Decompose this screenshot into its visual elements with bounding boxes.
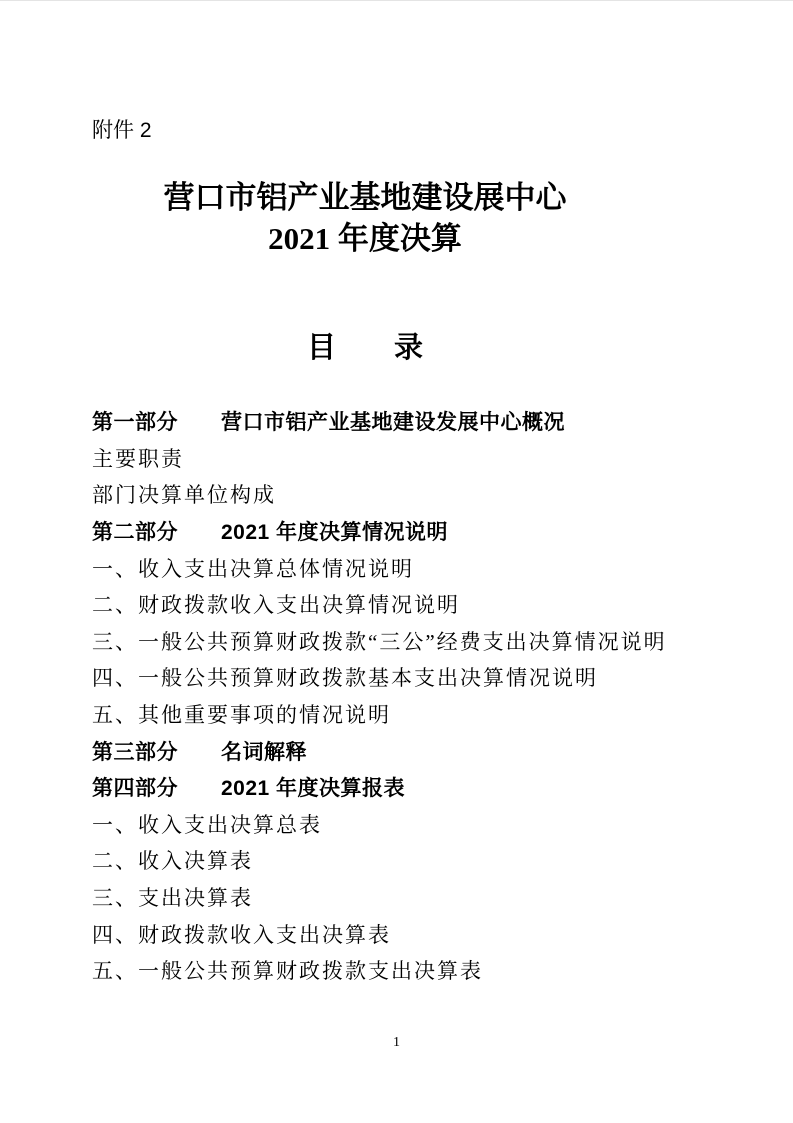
toc-item: 主要职责 <box>92 440 752 477</box>
document-title: 营口市铝产业基地建设展中心 2021 年度决算 <box>92 177 638 259</box>
toc-item: 二、收入决算表 <box>92 842 752 879</box>
toc-item-text: 五、一般公共预算财政拨款支出决算表 <box>92 955 483 985</box>
page-number: 1 <box>0 1035 793 1051</box>
toc-section-part1: 第一部分 营口市铝产业基地建设发展中心概况 <box>92 403 752 440</box>
toc-item-text: 一、收入支出决算总表 <box>92 809 322 839</box>
toc-section-part-label: 第二部分 <box>92 516 221 546</box>
toc-item: 二、财政拨款收入支出决算情况说明 <box>92 586 752 623</box>
toc-item: 一、收入支出决算总体情况说明 <box>92 549 752 586</box>
toc-heading: 目 录 <box>92 330 638 366</box>
toc-item: 五、一般公共预算财政拨款支出决算表 <box>92 952 752 989</box>
toc-item-text: 四、财政拨款收入支出决算表 <box>92 919 391 949</box>
toc-section-part-label: 第四部分 <box>92 772 221 802</box>
toc-section-part3: 第三部分 名词解释 <box>92 732 752 769</box>
toc-item: 四、一般公共预算财政拨款基本支出决算情况说明 <box>92 659 752 696</box>
toc-item-text: 主要职责 <box>92 443 184 473</box>
toc-list: 第一部分 营口市铝产业基地建设发展中心概况 主要职责 部门决算单位构成 第二部分… <box>92 403 752 989</box>
toc-item-text: 二、收入决算表 <box>92 845 253 875</box>
toc-section-title: 2021 年度决算情况说明 <box>221 516 448 546</box>
toc-item-text: 二、财政拨款收入支出决算情况说明 <box>92 589 460 619</box>
toc-section-part4: 第四部分 2021 年度决算报表 <box>92 769 752 806</box>
toc-section-part2: 第二部分 2021 年度决算情况说明 <box>92 513 752 550</box>
toc-section-title: 名词解释 <box>221 736 307 766</box>
toc-item: 一、收入支出决算总表 <box>92 806 752 843</box>
toc-item-text: 四、一般公共预算财政拨款基本支出决算情况说明 <box>92 662 598 692</box>
toc-section-part-label: 第三部分 <box>92 736 221 766</box>
toc-item: 三、一般公共预算财政拨款“三公”经费支出决算情况说明 <box>92 623 752 660</box>
toc-item-text: 五、其他重要事项的情况说明 <box>92 699 391 729</box>
toc-item: 五、其他重要事项的情况说明 <box>92 696 752 733</box>
toc-item-text: 三、一般公共预算财政拨款“三公”经费支出决算情况说明 <box>92 626 667 656</box>
toc-item: 三、支出决算表 <box>92 879 752 916</box>
toc-item-text: 部门决算单位构成 <box>92 479 276 509</box>
toc-section-title: 营口市铝产业基地建设发展中心概况 <box>221 406 565 436</box>
attachment-label: 附件 2 <box>92 118 152 144</box>
toc-item-text: 三、支出决算表 <box>92 882 253 912</box>
toc-section-title: 2021 年度决算报表 <box>221 772 405 802</box>
document-page: 附件 2 营口市铝产业基地建设展中心 2021 年度决算 目 录 第一部分 营口… <box>0 0 793 1123</box>
document-title-line1: 营口市铝产业基地建设展中心 <box>92 177 638 218</box>
toc-item: 部门决算单位构成 <box>92 476 752 513</box>
toc-item-text: 一、收入支出决算总体情况说明 <box>92 553 414 583</box>
document-title-line2: 2021 年度决算 <box>92 218 638 259</box>
toc-section-part-label: 第一部分 <box>92 406 221 436</box>
toc-item: 四、财政拨款收入支出决算表 <box>92 915 752 952</box>
